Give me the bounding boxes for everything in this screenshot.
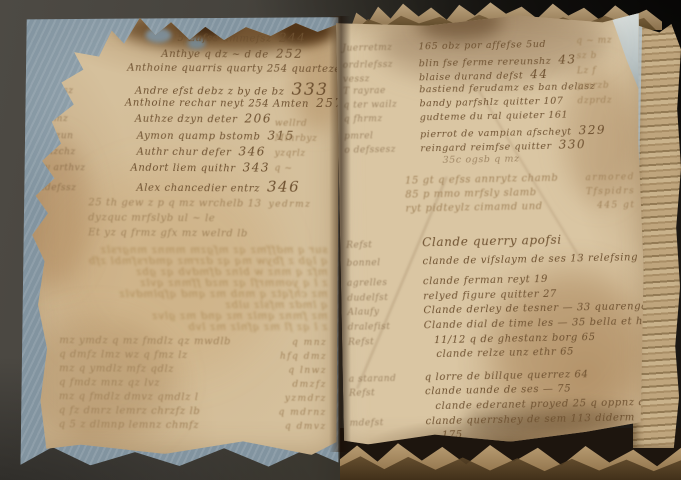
- bleedthrough-line: q lmdz mfslz ulbz: [38, 299, 328, 310]
- margin-word: pmrzb: [577, 81, 609, 92]
- entry-text: mz ymdz q mz fmdlz qz mwdlb: [59, 335, 231, 347]
- faint-margin-word: sz b: [577, 50, 635, 66]
- margin-note: mdefst: [350, 417, 426, 428]
- entry-text: Clande querry apofsi: [422, 233, 562, 250]
- entry-text: 15 gt q efss annrytz chamb: [405, 173, 559, 187]
- right-entries-mid: 15 gt q efss annrytz chamb armored 85 p …: [405, 171, 636, 217]
- faint-margin-word: Mthrbyz: [275, 134, 331, 149]
- margin-note: agrelles: [347, 278, 423, 289]
- margin-note: Refst: [346, 239, 422, 250]
- entry-text: bandy parfshlz quitter 107: [419, 95, 563, 109]
- entry-number: 206: [244, 112, 272, 126]
- entry-text: clande uande de ses — 75: [425, 384, 571, 398]
- margin-note: q fhrmz: [344, 113, 420, 124]
- entry-text: Andre efst debz z by de bz: [135, 86, 285, 98]
- entry-text: clande ferman reyt 19: [423, 274, 548, 287]
- margin-word: yzqrlz: [275, 149, 306, 159]
- bleedthrough-line: mfz q mnz w blnz dfmdvb qz gbz: [38, 266, 328, 277]
- bleedthrough-line: sur q mdffmz qz mfgzm mmnz mngrslz: [38, 244, 328, 255]
- margin-note: bonnel: [346, 257, 422, 268]
- entry-number: 346: [238, 144, 266, 158]
- margin-word: Lz f: [577, 66, 597, 76]
- entry-text: 11/12 q de ghestanz borg 65: [434, 332, 596, 346]
- entry-text: q fmdz mnz qz lvz: [59, 377, 160, 389]
- entry-text: Anthye q dz ~ d de: [161, 49, 269, 61]
- right-margin-faint-column: q ~ mz sz b Lz f pmrzb dzprdz: [576, 35, 635, 111]
- entry-sidenote: Tfspidrs: [586, 186, 635, 197]
- bleedthrough-line: z l q yommrfl qz mzd ffmnz qvlz: [38, 277, 328, 288]
- margin-note: dralefist: [348, 321, 424, 332]
- entry-text: clande relze unz ethr 65: [436, 347, 574, 361]
- faint-margin-word: q ~: [274, 164, 330, 179]
- left-entries-bottom: mz ymdz q mz fmdlz qz mwdlb q mnz q dmfz…: [59, 335, 328, 435]
- entry-text: q dmfz lmz wz q fmz lz: [59, 349, 188, 361]
- margin-note: dudelfst: [347, 292, 423, 303]
- margin-word: q ~ mz: [576, 36, 612, 47]
- entry-text: mz q fmdlz dmvz qmdlz l: [59, 391, 199, 403]
- right-page-paper: Juerretmz 165 obz por affefse 5ud ordrle…: [336, 13, 647, 445]
- left-page-paper: 5 Lufse ammefsz 244 Anthye q dz ~ d de 2…: [25, 17, 340, 455]
- faint-margin-word: yzqrlz: [275, 149, 331, 164]
- entry-sidenote: yzmdrz: [285, 394, 327, 404]
- margin-note: vessz: [343, 74, 419, 85]
- margin-note: a starand: [349, 373, 425, 384]
- bleedthrough-line: mz chfqtz q mnb mz qmd qfplmdvlz: [38, 288, 328, 299]
- faint-margin-word: wellrd: [275, 119, 331, 134]
- entry-text: Alex chancedier entrz: [136, 182, 260, 194]
- right-entries-bottom: Refst Clande querry apofsi bonnel clande…: [346, 231, 642, 446]
- manuscript-line: 25 th gew z p q mz wrchelb 13 yedrmz: [88, 197, 328, 214]
- margin-note: Refst: [349, 388, 425, 399]
- left-bleedthrough-text: sur q mdffmz qz mfgzm mmnz mngrslz q lgb…: [38, 244, 328, 332]
- entry-text: 25 th gew z p q mz wrchelb 13: [88, 197, 261, 209]
- entry-text: 165 obz por affefse 5ud: [418, 39, 546, 52]
- faint-margin-word: dzprdz: [577, 95, 635, 111]
- margin-word: wellrd: [275, 119, 308, 129]
- margin-note: [345, 163, 421, 164]
- right-page: Juerretmz 165 obz por affefse 5ud ordrle…: [336, 13, 647, 453]
- margin-word: q ~: [274, 164, 292, 174]
- entry-sidenote: q lnwz: [288, 366, 327, 376]
- entry-number: 43: [558, 53, 577, 67]
- entry-sidenote: 445 gt: [597, 200, 636, 211]
- manuscript-photo: 5 Lufse ammefsz 244 Anthye q dz ~ d de 2…: [0, 0, 681, 480]
- margin-note: Alaufy: [347, 307, 423, 318]
- entry-sidenote: armored: [585, 172, 635, 183]
- entry-number: 252: [276, 47, 304, 61]
- manuscript-line: ryt pidteylz cimamd und 445 gt: [405, 199, 635, 217]
- entry-text: q fz dmrz lemrz chrzfz lb: [59, 405, 201, 417]
- entry-sidenote: q mnz: [292, 338, 327, 348]
- entry-text: Anthoine quarris quarty 254 quartezech: [127, 62, 354, 75]
- margin-note: pmrel: [344, 130, 420, 141]
- book-gutter-shadow: [329, 16, 351, 452]
- entry-sidenote: hfq dmz: [280, 352, 327, 362]
- entry-text: ryt pidteylz cimamd und: [405, 201, 542, 215]
- manuscript-line: mdefssz Andre efst debz z by de bz 333: [33, 78, 333, 96]
- entry-text: q lorre de billque querrez 64: [425, 369, 589, 383]
- entry-sidenote: yedrmz: [269, 200, 312, 210]
- entry-text: bastiend ferudamz es ban delasz: [419, 81, 595, 95]
- entry-sidenote: q mdrnz: [279, 408, 327, 418]
- bleedthrough-line: z l qz fl mz qfnlz mz lvb: [38, 321, 328, 332]
- entry-text: q 5 z dlmnp lemnz chmfz: [59, 419, 200, 431]
- entry-text: 175: [442, 430, 463, 441]
- entry-text: Andort liem quithr: [130, 163, 235, 175]
- faint-margin-word: pmrzb: [577, 80, 635, 96]
- margin-word: sz b: [577, 51, 598, 61]
- faint-margin-word: q ~ mz: [576, 35, 634, 51]
- manuscript-line: q 5 z dlmnp lemnz chmfz q dmvz: [59, 419, 327, 435]
- manuscript-line: dyzquc mrfslyb ul ~ le: [88, 212, 328, 229]
- entry-number: 346: [267, 177, 300, 195]
- entry-text: Authr chur defer: [137, 147, 232, 159]
- entry-text: Et yz q frmz gfx mz welrd lb: [88, 227, 248, 239]
- entry-number: 343: [243, 161, 271, 175]
- entry-text: Anthoine rechar neyt 254 Amten: [125, 98, 309, 110]
- bleedthrough-line: mz fmnz qmlz mz qnd mz glvz: [38, 310, 328, 321]
- left-entries-mid: 25 th gew z p q mz wrchelb 13 yedrmz dyz…: [88, 197, 328, 244]
- margin-note: Juerretmz: [342, 42, 418, 53]
- entry-text: clande de vifslaym de ses 13 relefsing: [422, 252, 638, 267]
- entry-text: gudteme du ral quieter 161: [420, 109, 569, 123]
- margin-word: Mthrbyz: [275, 134, 318, 144]
- entry-text: 35c ogsb q mz: [442, 153, 519, 165]
- entry-number: 44: [530, 67, 549, 81]
- margin-note: [350, 438, 426, 439]
- entry-number: 330: [559, 137, 587, 152]
- left-page: 5 Lufse ammefsz 244 Anthye q dz ~ d de 2…: [24, 17, 339, 467]
- margin-note: q ter wailz: [343, 99, 419, 110]
- entry-text: relyed figure quitter 27: [423, 289, 557, 303]
- faint-margin-word: Lz f: [577, 65, 635, 81]
- entry-sidenote: q dmvz: [285, 422, 327, 432]
- margin-word: dzprdz: [577, 96, 612, 107]
- manuscript-line: Et yz q frmz gfx mz welrd lb: [88, 227, 328, 244]
- entry-sidenote: dmzfz: [292, 380, 327, 390]
- entry-text: dyzquc mrfslyb ul ~ le: [88, 212, 215, 224]
- left-margin-faint-column: wellrd Mthrbyz yzqrlz q ~: [274, 119, 330, 179]
- entry-number: 244: [279, 31, 307, 45]
- margin-note: [349, 409, 425, 410]
- entry-number: 329: [578, 123, 606, 138]
- margin-note: T rayrae: [343, 85, 419, 96]
- bleedthrough-line: q lgb z fbyw mq qz dzrmz qmdrsfmbl zfb: [38, 255, 328, 266]
- entry-text: Aymon quamp bstomb: [137, 130, 261, 142]
- margin-note: Refst: [348, 336, 424, 347]
- entry-text: z l qz fl mz qfnlz mz lvb: [188, 321, 328, 333]
- margin-note: ordrlefssz: [343, 60, 419, 71]
- margin-note: [348, 357, 424, 358]
- entry-text: Authze dzyn deter: [135, 114, 238, 126]
- entry-text: 85 p mmo mrfsly slamb: [405, 187, 537, 201]
- entry-text: mz q ymdlz mfz qdlz: [59, 363, 174, 375]
